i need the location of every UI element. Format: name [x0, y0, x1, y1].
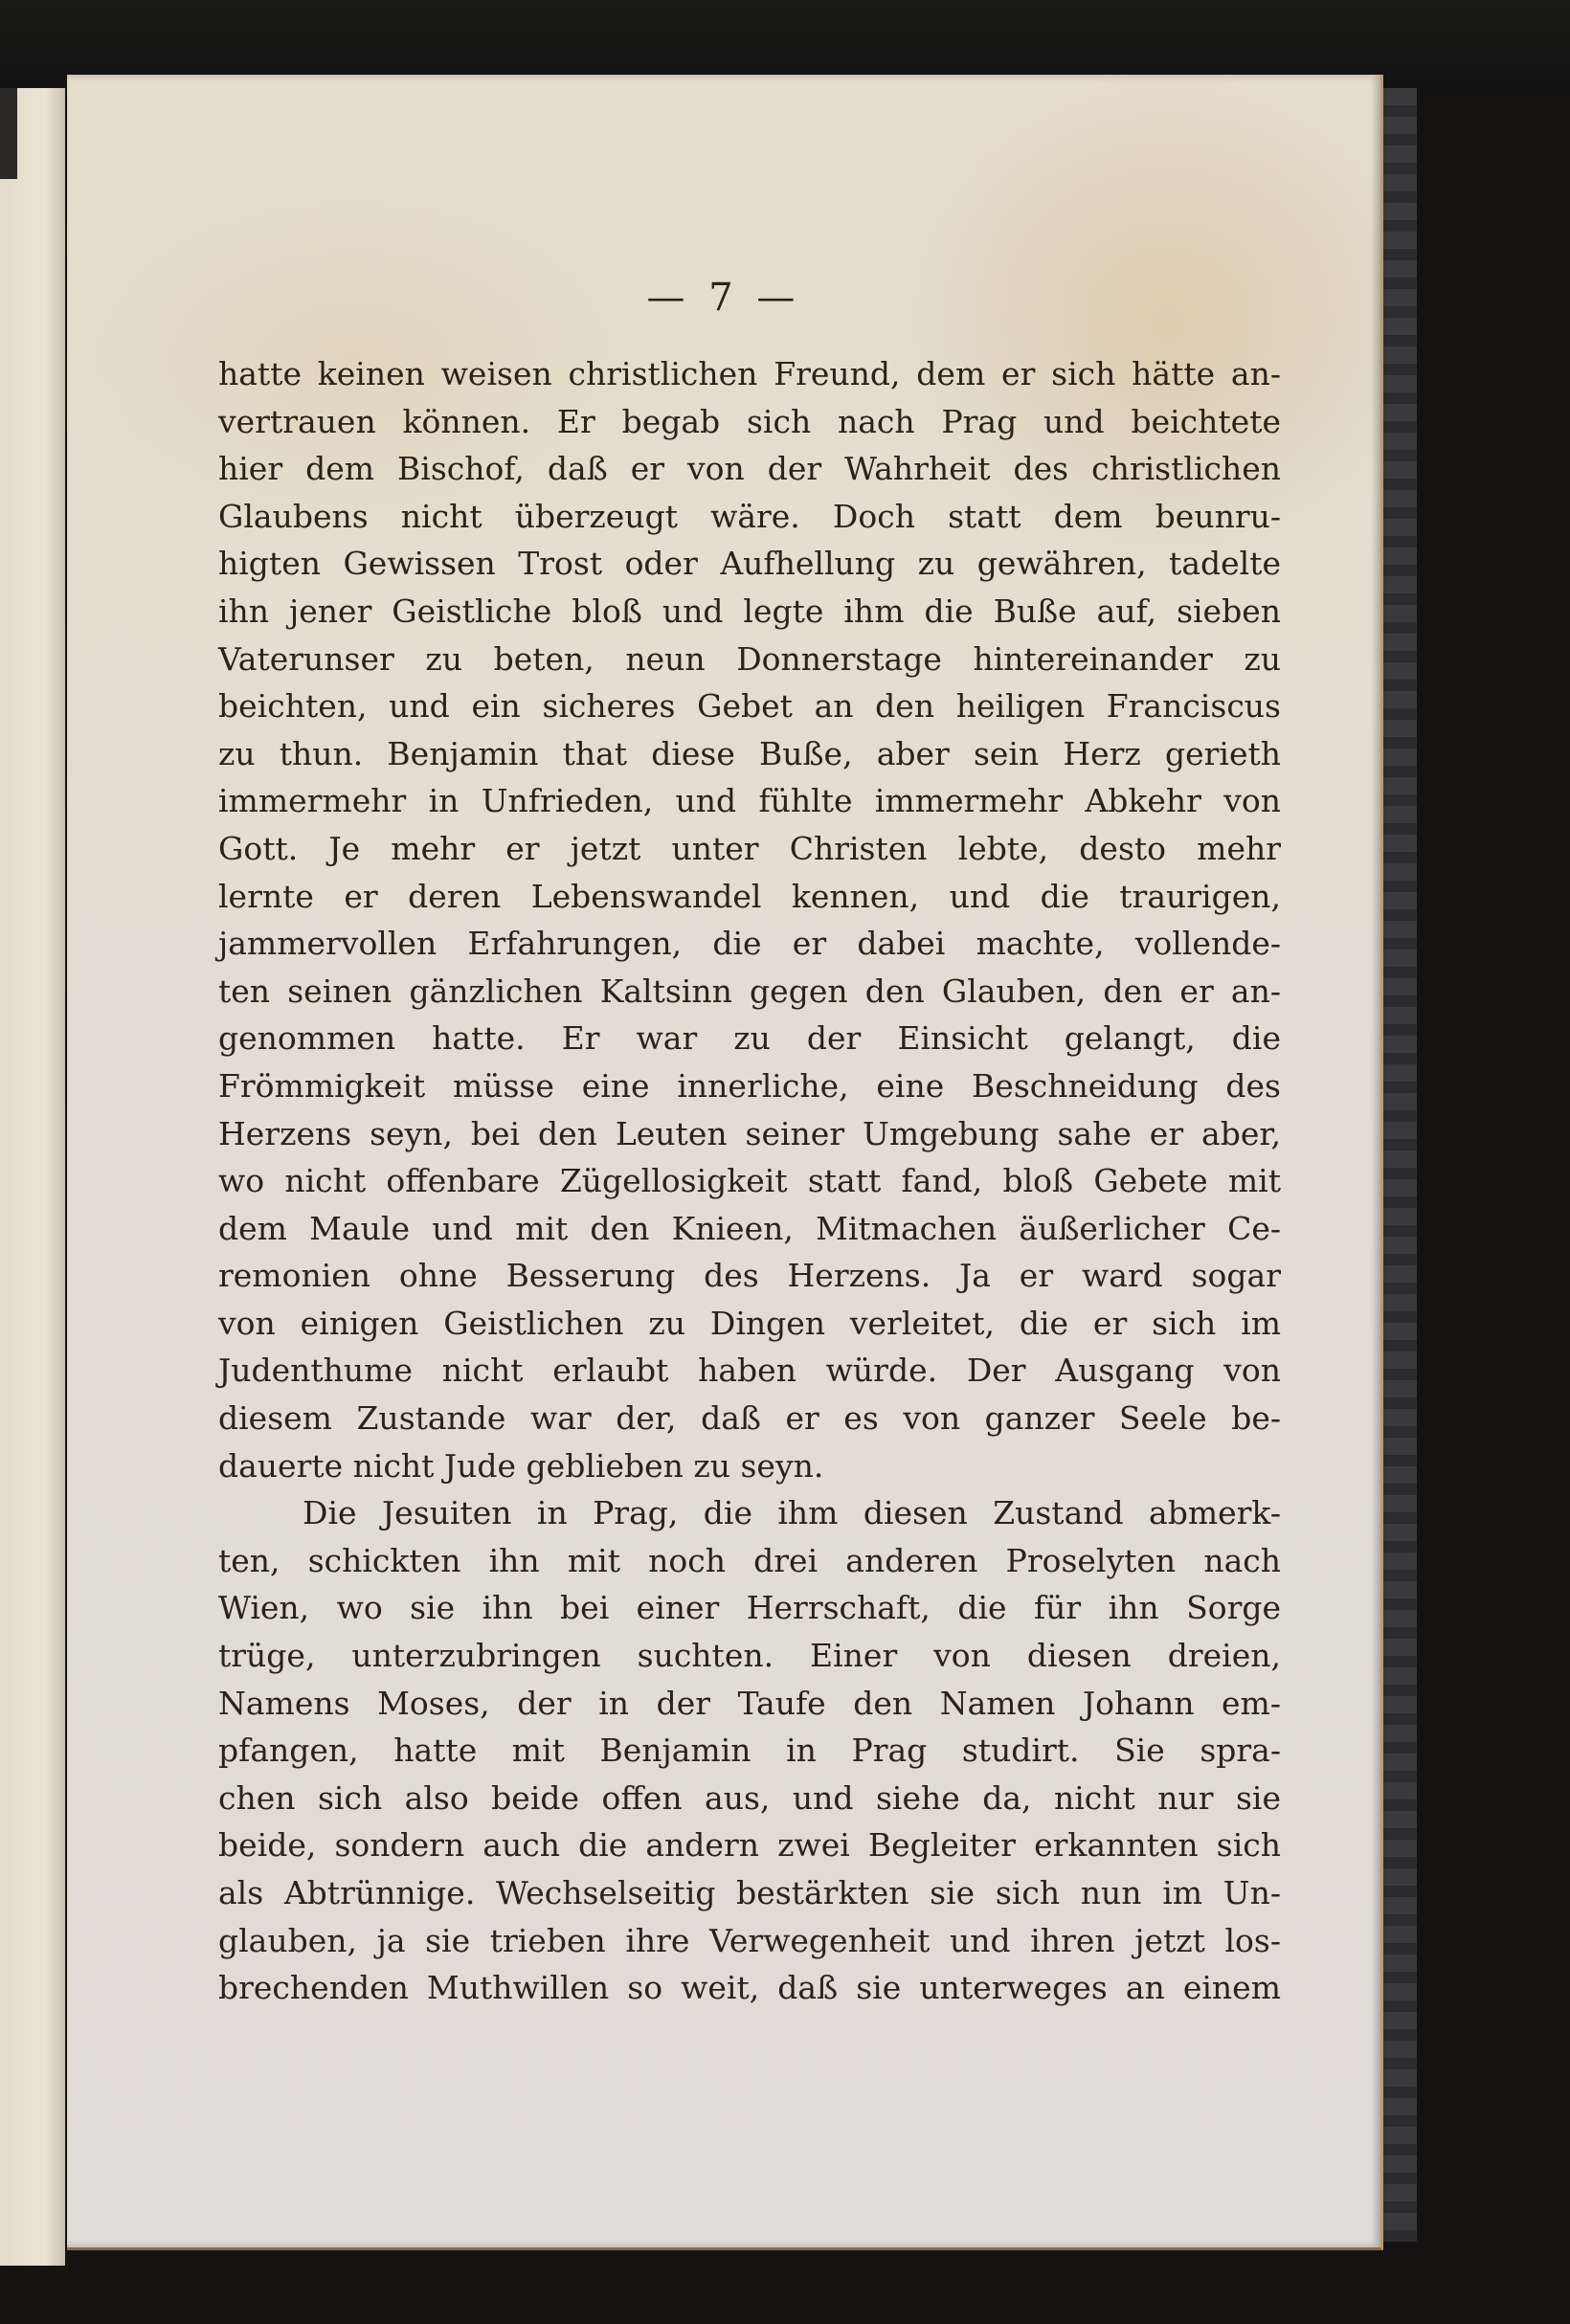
text-line: Frömmigkeit müsse eine innerliche, eine … [218, 1062, 1281, 1110]
text-line: chen sich also beide offen aus, und sieh… [218, 1775, 1281, 1822]
text-line: beichten, und ein sicheres Gebet an den … [218, 682, 1281, 730]
text-line: Judenthume nicht erlaubt haben würde. De… [218, 1347, 1281, 1395]
text-line: Vaterunser zu beten, neun Donnerstage hi… [218, 636, 1281, 683]
text-line: genommen hatte. Er war zu der Einsicht g… [218, 1015, 1281, 1062]
text-line: brechenden Muthwillen so weit, daß sie u… [218, 1964, 1281, 2012]
text-line: beide, sondern auch die andern zwei Begl… [218, 1821, 1281, 1869]
text-line: higten Gewissen Trost oder Aufhellung zu… [218, 540, 1281, 588]
text-line: wo nicht offenbare Zügellosigkeit statt … [218, 1157, 1281, 1205]
text-line: ihn jener Geistliche bloß und legte ihm … [218, 588, 1281, 636]
text-line-paragraph-end: dauerte nicht Jude geblieben zu seyn. [218, 1442, 1281, 1490]
left-page-edge [0, 88, 65, 2266]
text-line: vertrauen können. Er begab sich nach Pra… [218, 398, 1281, 446]
text-line: pfangen, hatte mit Benjamin in Prag stud… [218, 1727, 1281, 1775]
text-line: Namens Moses, der in der Taufe den Namen… [218, 1680, 1281, 1728]
text-line: diesem Zustande war der, daß er es von g… [218, 1395, 1281, 1442]
text-line: Herzens seyn, bei den Leuten seiner Umge… [218, 1110, 1281, 1158]
text-line: hatte keinen weisen christlichen Freund,… [218, 350, 1281, 398]
text-line: jammervollen Erfahrungen, die er dabei m… [218, 920, 1281, 968]
text-line-paragraph-start: Die Jesuiten in Prag, die ihm diesen Zus… [218, 1489, 1281, 1537]
book-page: — 7 — hatte keinen weisen christlichen F… [67, 75, 1383, 2250]
text-line: lernte er deren Lebenswandel kennen, und… [218, 873, 1281, 921]
text-line: glauben, ja sie trieben ihre Verwegenhei… [218, 1917, 1281, 1965]
book-cover-edge [1379, 88, 1417, 2242]
text-line: Wien, wo sie ihn bei einer Herrschaft, d… [218, 1584, 1281, 1632]
text-line: dem Maule und mit den Knieen, Mitmachen … [218, 1205, 1281, 1253]
text-line: als Abtrünnige. Wechselseitig bestärkten… [218, 1869, 1281, 1917]
text-line: hier dem Bischof, daß er von der Wahrhei… [218, 445, 1281, 493]
left-cover-strip [0, 88, 17, 179]
text-line: von einigen Geistlichen zu Dingen verlei… [218, 1300, 1281, 1348]
text-line: Glaubens nicht überzeugt wäre. Doch stat… [218, 493, 1281, 541]
text-line: trüge, unterzubringen suchten. Einer von… [218, 1632, 1281, 1680]
page-number: — 7 — [67, 276, 1380, 320]
text-line: ten, schickten ihn mit noch drei anderen… [218, 1537, 1281, 1585]
text-line: zu thun. Benjamin that diese Buße, aber … [218, 730, 1281, 778]
text-line: immermehr in Unfrieden, und fühlte immer… [218, 777, 1281, 825]
text-line: ten seinen gänzlichen Kaltsinn gegen den… [218, 968, 1281, 1016]
text-line: remonien ohne Besserung des Herzens. Ja … [218, 1252, 1281, 1300]
text-line: Gott. Je mehr er jetzt unter Christen le… [218, 825, 1281, 873]
body-text: hatte keinen weisen christlichen Freund,… [218, 350, 1281, 2012]
